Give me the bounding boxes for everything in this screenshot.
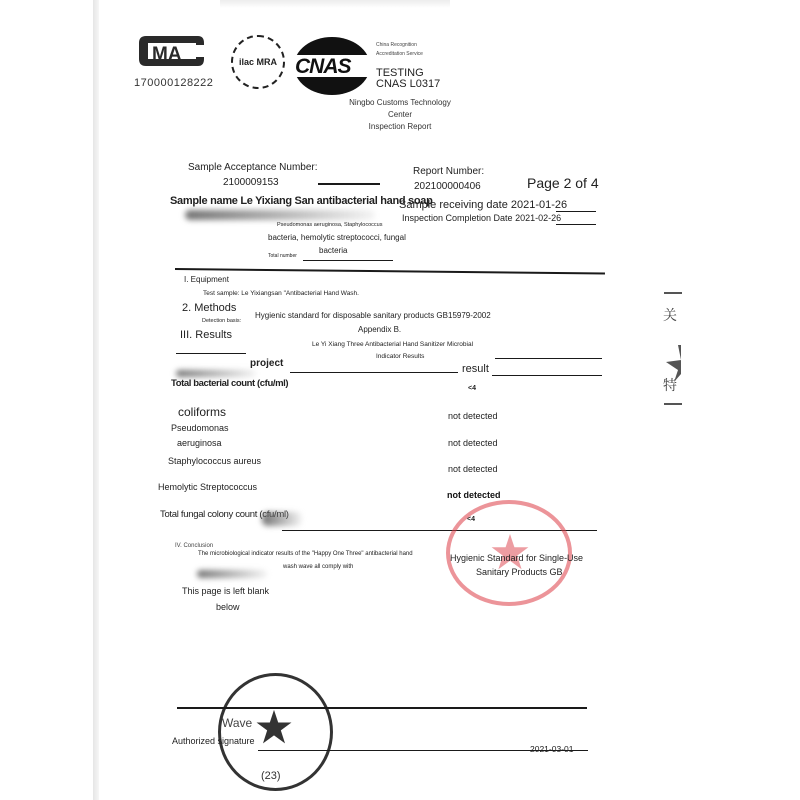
results-caption-line-1: Le Yi Xiang Three Antibacterial Hand San… [312,341,473,348]
blank-note-line-1: This page is left blank [182,586,269,596]
row-item-hemolytic: Hemolytic Streptococcus [158,482,257,492]
star-icon [255,708,293,746]
inspection-seal-stamp: (23) [218,673,333,791]
row-result-pseudomonas: not detected [448,438,498,448]
redacted-area [185,210,375,220]
inspection-completion-date: Inspection Completion Date 2021-02-26 [402,213,561,223]
row-result-staphylococcus: not detected [448,464,498,474]
conclusion-text-line-2: wash wave all comply with [283,564,353,570]
standard-line-2: Sanitary Products GB [476,567,563,577]
authorized-signature-label: Authorized signature [172,736,255,746]
svg-text:关: 关 [663,307,677,323]
sample-name: Sample name Le Yixiang San antibacterial… [170,195,433,207]
results-heading: III. Results [180,329,232,341]
test-items-line-1: Pseudomonas aeruginosa, Staphylococcus [277,222,382,228]
redacted-area [197,570,267,578]
redacted-area [262,512,302,526]
equipment-heading: I. Equipment [184,275,229,284]
redacted-area [176,370,256,377]
appendix: Appendix B. [358,325,401,334]
row-result-coliforms: not detected [448,411,498,421]
ilac-label: ilac MRA [238,57,278,67]
cma-number: 170000128222 [134,77,213,89]
stamp-number: (23) [261,770,281,782]
methods-heading: 2. Methods [182,302,236,314]
row-item-total-bacterial: Total bacterial count (cfu/ml) [171,378,288,389]
report-number: 202100000406 [414,181,481,192]
report-number-label: Report Number: [413,166,484,177]
conclusion-text-line-1: The microbiological indicator results of… [198,551,413,557]
svg-text:特: 特 [663,377,677,393]
row-item-coliforms: coliforms [178,405,226,419]
row-item-staphylococcus: Staphylococcus aureus [168,456,261,466]
conclusion-heading: IV. Conclusion [175,543,213,549]
adjacent-page-seal-fragment: 关 特 [662,290,682,410]
report-type: Inspection Report [345,121,455,133]
blank-note-line-2: below [216,602,240,612]
svg-text:MA: MA [152,44,182,65]
detection-basis: Hygienic standard for disposable sanitar… [255,311,491,320]
results-caption-line-2: Indicator Results [376,353,424,360]
sample-acceptance-number: 2100009153 [223,177,279,188]
standard-line-1: Hygienic Standard for Single-Use [450,553,583,563]
recognition-line-1: China Recognition [376,42,417,48]
ilac-mra-logo-icon: ilac MRA [231,35,285,89]
star-icon [490,532,530,572]
row-result-total-bacterial: <4 [468,385,476,392]
total-number-label: Total number [268,253,297,259]
report-date: 2021-03-01 [530,744,573,754]
page-indicator: Page 2 of 4 [527,175,599,191]
paper-edge [93,0,99,800]
detection-basis-label: Detection basis: [202,318,241,324]
column-result: result [462,363,489,375]
cma-logo-icon: MA [136,33,206,69]
org-name-line-1: Ningbo Customs Technology [345,97,455,109]
test-items-line-3: bacteria [319,246,347,255]
row-item-pseudomonas-1: Pseudomonas [171,423,229,433]
sample-receiving-date: Sample receiving date 2021-01-26 [399,199,567,211]
sample-acceptance-label: Sample Acceptance Number: [188,162,318,173]
row-item-pseudomonas-2: aeruginosa [177,438,222,448]
test-sample: Test sample: Le Yixiangsan "Antibacteria… [203,290,359,297]
scan-smudge [220,0,450,8]
cnas-code: CNAS L0317 [376,79,440,90]
cnas-logo-icon: CNAS [292,35,372,97]
recognition-line-2: Accreditation Service [376,51,423,57]
test-items-line-2: bacteria, hemolytic streptococci, fungal [268,233,406,242]
row-result-hemolytic: not detected [447,490,501,500]
signature-name: Wave [222,716,252,730]
org-name: Ningbo Customs Technology Center Inspect… [345,97,455,133]
org-name-line-2: Center [345,109,455,121]
svg-text:CNAS: CNAS [295,55,351,78]
column-project: project [250,358,283,369]
